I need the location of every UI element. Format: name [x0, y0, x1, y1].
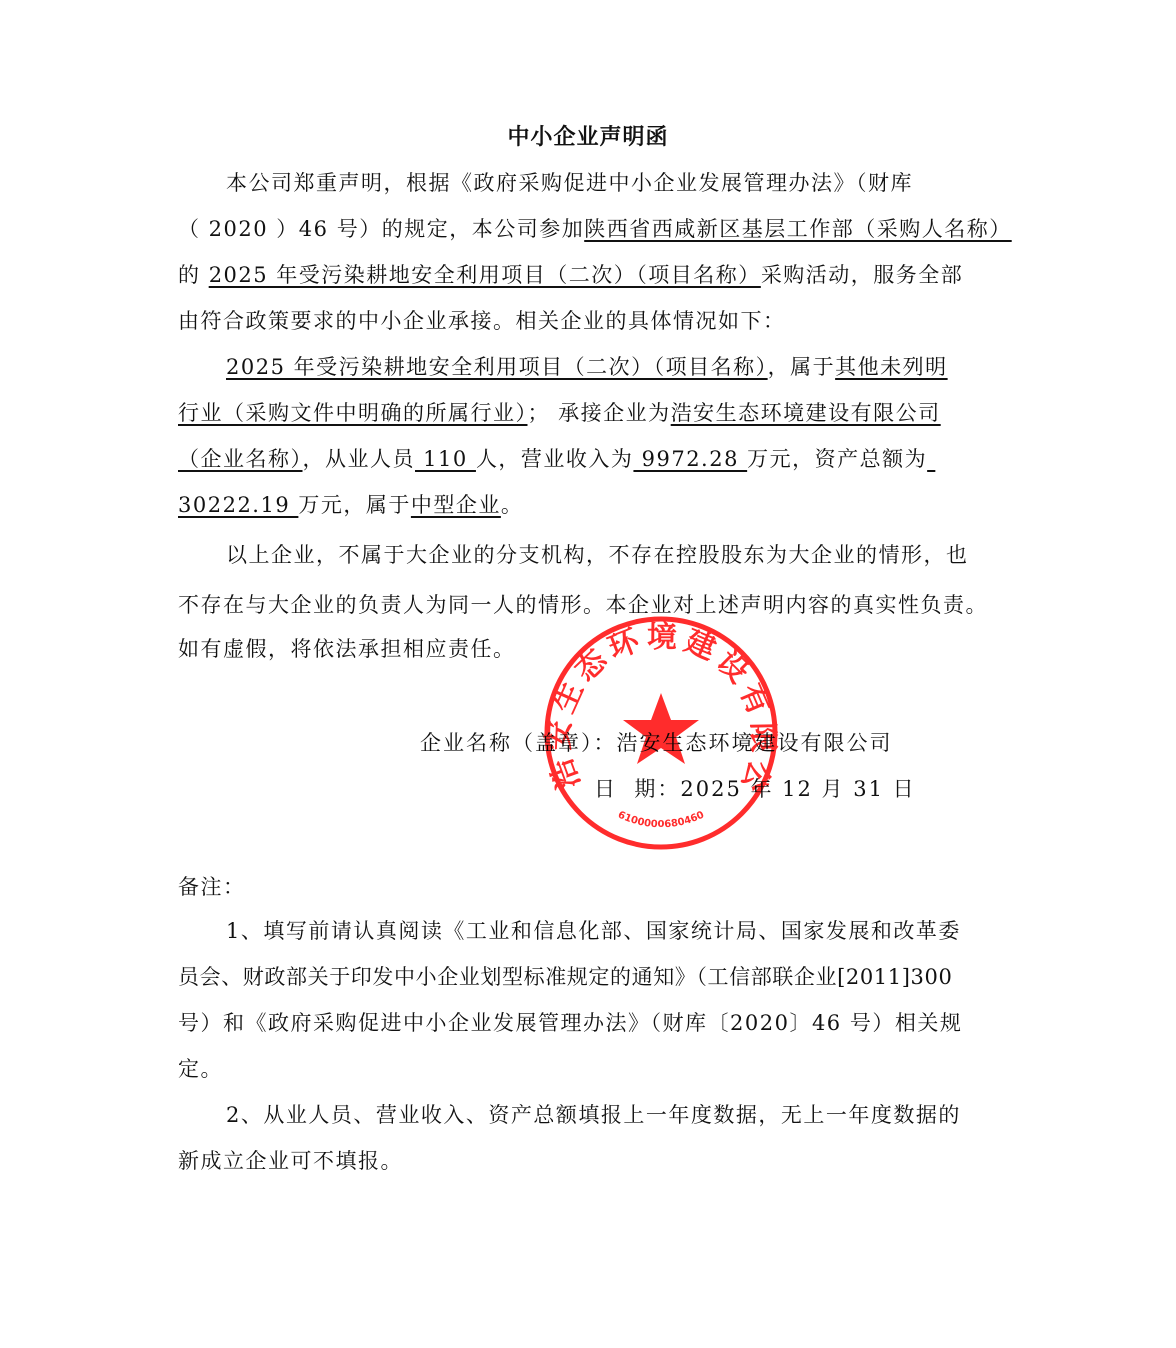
enterprise-type-field: 中型企业 — [411, 493, 501, 517]
text: ，属于 — [768, 355, 836, 379]
project-name-field: 2025 年受污染耕地安全利用项目（二次）（项目名称） — [209, 263, 761, 287]
p1-line-1: 本公司郑重声明，根据《政府采购促进中小企业发展管理办法》（财库 — [178, 168, 1056, 198]
industry-field-cont: 行业（采购文件中明确的所属行业） — [178, 401, 528, 425]
revenue-field: 9972.28 — [633, 447, 747, 471]
note-1-line-1: 1、填写前请认真阅读《工业和信息化部、国家统计局、国家发展和改革委 — [178, 916, 1056, 946]
p3-line-1: 以上企业，不属于大企业的分支机构，不存在控股股东为大企业的情形，也 — [178, 540, 1056, 570]
text: 万元，资产总额为 — [747, 447, 927, 471]
note-1-line-2: 员会、财政部关于印发中小企业划型标准规定的通知》（工信部联企业[2011]300 — [178, 962, 1008, 992]
company-seal-stamp: 浩安生态环境建设有限公司 6100000680460 — [541, 613, 781, 853]
star-icon — [623, 693, 699, 764]
total-assets-field: 30222.19 — [178, 493, 298, 517]
text: 人，营业收入为 — [476, 447, 634, 471]
text: ； 承接企业为 — [528, 401, 671, 425]
seal-code: 6100000680460 — [616, 809, 706, 830]
p2-line-2: 行业（采购文件中明确的所属行业）； 承接企业为浩安生态环境建设有限公司 — [178, 398, 1008, 428]
note-2-line-1: 2、从业人员、营业收入、资产总额填报上一年度数据，无上一年度数据的 — [178, 1100, 1056, 1130]
p2-line-3: （企业名称），从业人员 110 人，营业收入为 9972.28 万元，资产总额为 — [178, 444, 1008, 474]
text: ，从业人员 — [303, 447, 416, 471]
document-title: 中小企业声明函 — [0, 120, 1176, 151]
p2-line-4: 30222.19 万元，属于中型企业。 — [178, 490, 1008, 520]
p1-line-2: （ 2020 ）46 号）的规定，本公司参加陕西省西咸新区基层工作部（采购人名称… — [178, 214, 1008, 244]
text: 采购活动，服务全部 — [761, 263, 964, 287]
document-page: 中小企业声明函 本公司郑重声明，根据《政府采购促进中小企业发展管理办法》（财库 … — [0, 0, 1176, 1348]
total-assets-field-start — [927, 447, 935, 471]
text: 的 — [178, 263, 209, 287]
note-1-line-3: 号）和《政府采购促进中小企业发展管理办法》（财库〔2020〕46 号）相关规 — [178, 1008, 1008, 1038]
project-name-field-2: 2025 年受污染耕地安全利用项目（二次）（项目名称） — [226, 355, 768, 379]
industry-field: 其他未列明 — [835, 355, 948, 379]
p1-line-4: 由符合政策要求的中小企业承接。相关企业的具体情况如下： — [178, 306, 1008, 336]
purchaser-name-field: 陕西省西咸新区基层工作部（采购人名称） — [584, 217, 1012, 241]
employees-field: 110 — [415, 447, 476, 471]
notes-heading: 备注： — [178, 872, 1008, 902]
text: 万元，属于 — [298, 493, 411, 517]
note-2-line-2: 新成立企业可不填报。 — [178, 1146, 1008, 1176]
note-1-line-4: 定。 — [178, 1054, 1008, 1084]
text: （ 2020 ）46 号）的规定，本公司参加 — [178, 217, 584, 241]
p1-line-3: 的 2025 年受污染耕地安全利用项目（二次）（项目名称）采购活动，服务全部 — [178, 260, 1008, 290]
company-name-field-cont: （企业名称） — [178, 447, 303, 471]
text: 。 — [501, 493, 524, 517]
p2-line-1: 2025 年受污染耕地安全利用项目（二次）（项目名称），属于其他未列明 — [178, 352, 1056, 382]
company-name-field: 浩安生态环境建设有限公司 — [671, 401, 941, 425]
